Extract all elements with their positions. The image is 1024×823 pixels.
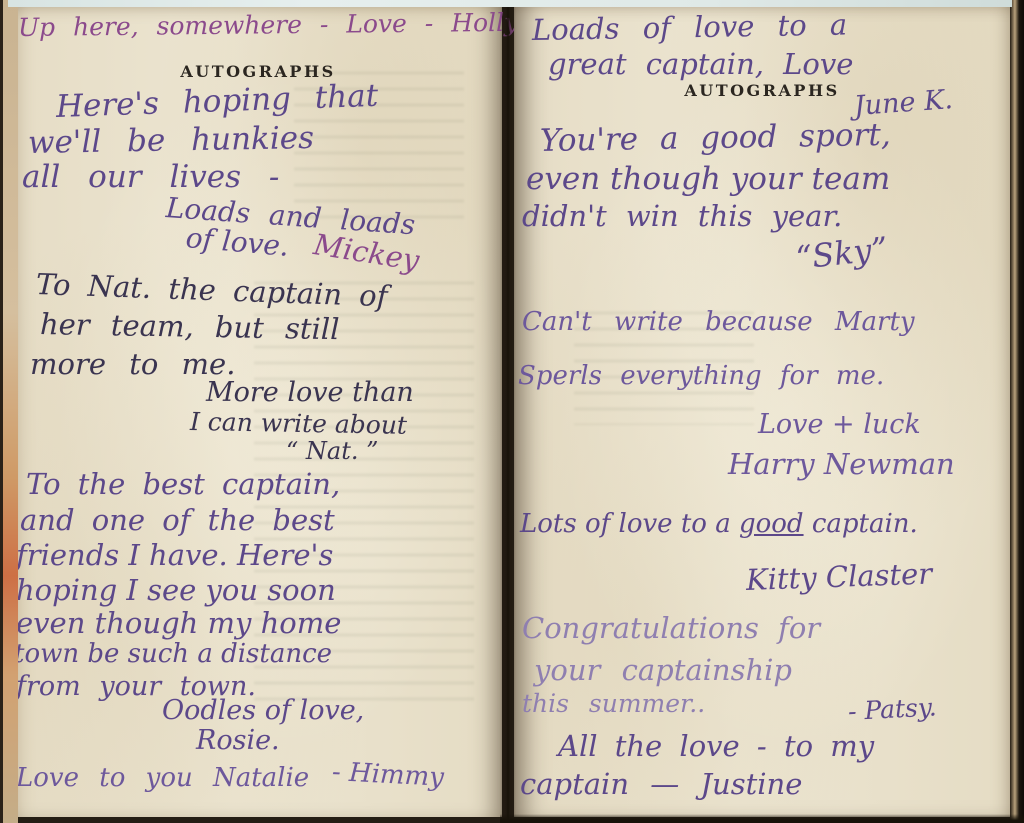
autograph-book-scan: AUTOGRAPHS Up here, somewhere - Love - H… [0,0,1024,823]
book-top-edge [8,0,1012,7]
handwriting-line: captain — Justine [520,767,802,801]
book-right-edge [1010,0,1024,823]
left-page: AUTOGRAPHS Up here, somewhere - Love - H… [14,5,502,817]
handwriting-line: her team, but still [40,307,340,346]
handwriting-line: Congratulations for [522,611,820,645]
handwriting-line: To the best captain, [26,467,340,501]
signature: - Patsy. [847,692,937,726]
line-text-post: captain. [804,509,918,539]
line-text-emphasized: good [739,509,804,539]
handwriting-line: All the love - to my [558,729,874,763]
book-gutter [500,0,516,823]
handwriting-line: Loads of love to a [532,8,848,47]
handwriting-line: town be such a distance [14,639,332,669]
handwriting-line: Up here, somewhere - Love - Holly. [18,8,523,42]
book-cover-edge [0,0,18,823]
signature: “Sky” [794,229,890,276]
handwriting-line: Oodles of love, [162,695,364,726]
handwriting-line: Sperls everything for me. [518,361,884,391]
handwriting-line: even though my home [16,606,341,640]
autographs-header-left: AUTOGRAPHS [14,62,502,81]
handwriting-line: great captain, Love [548,47,853,81]
handwriting-line: all our lives - [22,159,279,195]
handwriting-line: this summer.. [522,689,705,718]
handwriting-line: More love than [206,377,414,408]
handwriting-line: Love to you Natalie [16,763,309,793]
handwriting-line: friends I have. Here's [16,538,333,572]
signature: Harry Newman [728,447,955,481]
handwriting-line: more to me. [30,347,235,381]
right-page: AUTOGRAPHS Loads of love to a great capt… [514,5,1010,817]
signature: Kitty Claster [745,557,932,597]
signature: Rosie. [196,725,280,756]
handwriting-line: didn't win this year. [522,199,842,233]
handwriting-line: To Nat. the captain of [35,267,388,313]
handwriting-line: we'll be hunkies [28,120,315,161]
handwriting-line: Love + luck [758,409,921,440]
handwriting-line: Can't write because Marty [522,307,915,337]
handwriting-line: “ Nat. ” [286,437,378,465]
handwriting-line: your captainship [534,653,792,687]
book-bottom-edge [500,814,1024,823]
handwriting-line: and one of the best [20,503,335,537]
signature: - Himmy [331,757,444,793]
handwriting-line: even though your team [526,161,890,197]
line-text-pre: Lots of love to a [520,509,739,539]
handwriting-line: I can write about [190,407,408,440]
handwriting-line: Lots of love to a good captain. [520,509,918,539]
handwriting-line: You're a good sport, [540,117,891,159]
handwriting-line: hoping I see you soon [16,573,336,607]
